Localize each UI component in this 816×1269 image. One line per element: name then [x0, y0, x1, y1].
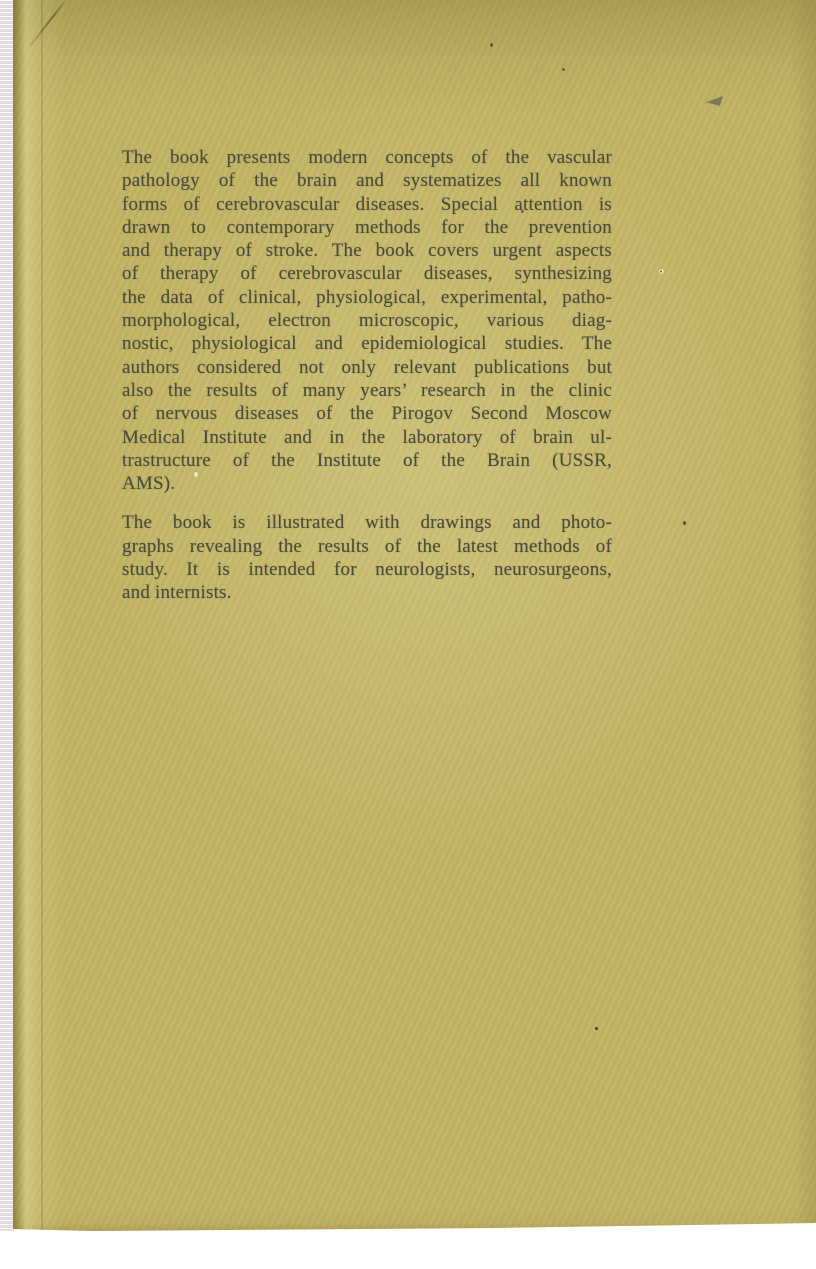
text-line: The book is illustrated with drawings an…	[122, 511, 612, 534]
text-line: of therapy of cerebrovascular diseases, …	[122, 262, 612, 285]
paper-smudge	[706, 96, 723, 106]
spine-crease	[41, 0, 43, 1231]
paper-speck	[562, 68, 565, 71]
book-binding-edge	[0, 0, 14, 1231]
back-cover-paper: The book presents modern concepts of the…	[13, 0, 816, 1231]
scanned-book-page: The book presents modern concepts of the…	[0, 0, 816, 1269]
text-line: trastructure of the Institute of the Bra…	[122, 449, 612, 472]
text-line: the data of clinical, physiological, exp…	[122, 286, 612, 309]
text-line: study. It is intended for neurologists, …	[122, 558, 612, 581]
text-line: Medical Institute and in the laboratory …	[122, 426, 612, 449]
annotation-text-block: The book presents modern concepts of the…	[122, 146, 612, 605]
text-line: AMS).	[122, 472, 612, 495]
text-line: The book presents modern concepts of the…	[122, 146, 612, 169]
annotation-paragraph-1: The book presents modern concepts of the…	[122, 146, 612, 495]
paper-speck	[595, 1027, 598, 1030]
text-line: nostic, physiological and epidemiologica…	[122, 332, 612, 355]
paper-speck	[659, 269, 664, 274]
paper-speck	[490, 43, 493, 47]
text-line: of nervous diseases of the Pirogov Secon…	[122, 402, 612, 425]
paper-speck	[683, 521, 686, 525]
text-line: also the results of many years’ research…	[122, 379, 612, 402]
text-line: authors considered not only relevant pub…	[122, 356, 612, 379]
annotation-paragraph-2: The book is illustrated with drawings an…	[122, 511, 612, 604]
text-line: pathology of the brain and systematizes …	[122, 169, 612, 192]
text-line: and therapy of stroke. The book covers u…	[122, 239, 612, 262]
text-line: drawn to contemporary methods for the pr…	[122, 216, 612, 239]
text-line: graphs revealing the results of the late…	[122, 535, 612, 558]
fold-crease	[30, 0, 67, 46]
text-line: morphological, electron microscopic, var…	[122, 309, 612, 332]
text-line: and internists.	[122, 581, 612, 604]
text-line: forms of cerebrovascular diseases. Speci…	[122, 193, 612, 216]
